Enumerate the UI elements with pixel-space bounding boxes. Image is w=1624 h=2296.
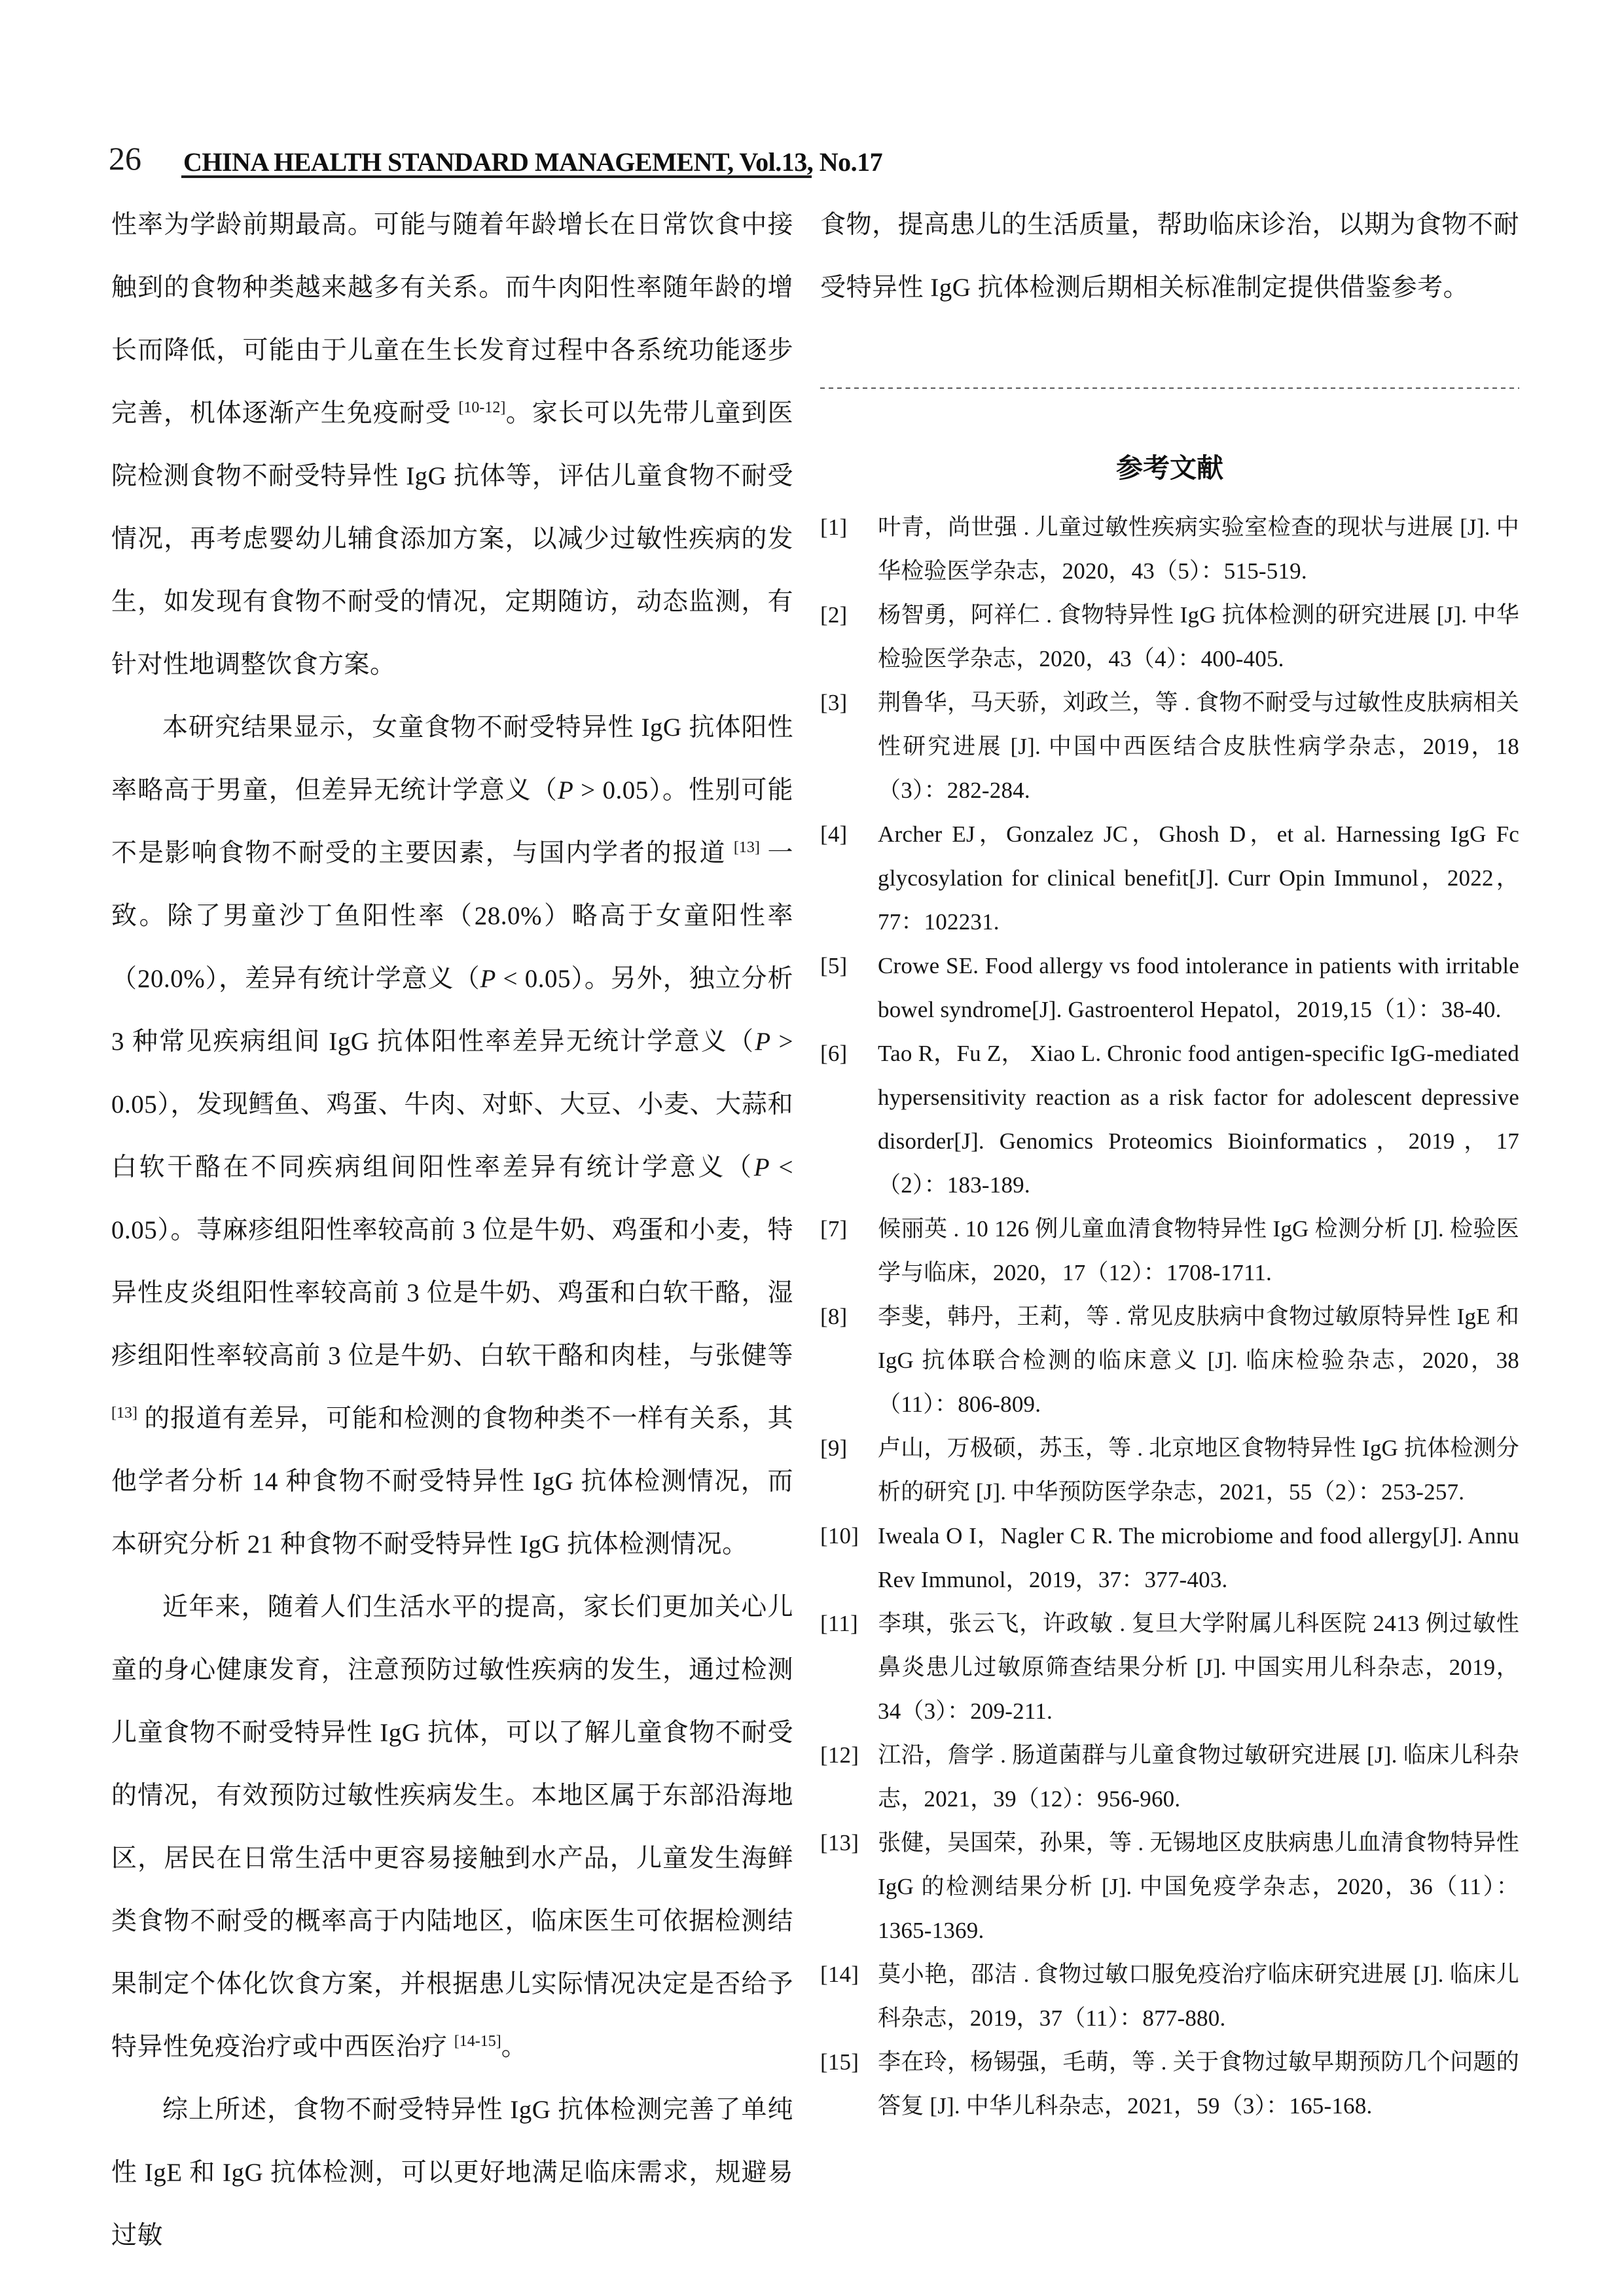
reference-text: Iweala O I，Nagler C R. The microbiome an… <box>878 1523 1519 1592</box>
body-paragraph: 食物，提高患儿的生活质量，帮助临床诊治，以期为食物不耐受特异性 IgG 抗体检测… <box>820 194 1519 319</box>
reference-number: [11] <box>820 1602 878 1645</box>
reference-text: 李在玲，杨锡强，毛萌，等 . 关于食物过敏早期预防几个问题的答复 [J]. 中华… <box>878 2049 1519 2119</box>
reference-item: [13]张健，吴国荣，孙果，等 . 无锡地区皮肤病患儿血清食物特异性 IgG 的… <box>820 1821 1519 1952</box>
reference-number: [15] <box>820 2040 878 2084</box>
reference-number: [13] <box>820 1821 878 1865</box>
text-run: 近年来，随着人们生活水平的提高，家长们更加关心儿童的身心健康发育，注意预防过敏性… <box>111 1593 793 2061</box>
reference-number: [4] <box>820 812 878 856</box>
reference-text: 江沿，詹学 . 肠道菌群与儿童食物过敏研究进展 [J]. 临床儿科杂志，2021… <box>878 1742 1519 1812</box>
reference-item: [8]李斐，韩丹，王莉，等 . 常见皮肤病中食物过敏原特异性 IgE 和 IgG… <box>820 1295 1519 1426</box>
reference-number: [10] <box>820 1514 878 1558</box>
reference-number: [3] <box>820 681 878 725</box>
body-paragraph: 综上所述，食物不耐受特异性 IgG 抗体检测完善了单纯性 IgE 和 IgG 抗… <box>111 2079 793 2267</box>
reference-text: 叶青，尚世强 . 儿童过敏性疾病实验室检查的现状与进展 [J]. 中华检验医学杂… <box>878 514 1519 584</box>
reference-item: [3]荆鲁华，马天骄，刘政兰，等 . 食物不耐受与过敏性皮肤病相关性研究进展 [… <box>820 681 1519 812</box>
text-run: < 0.05）。荨麻疹组阳性率较高前 3 位是牛奶、鸡蛋和小麦，特异性皮炎组阳性… <box>111 1153 793 1370</box>
citation-superscript: [13] <box>734 839 760 856</box>
right-column-paragraphs: 食物，提高患儿的生活质量，帮助临床诊治，以期为食物不耐受特异性 IgG 抗体检测… <box>820 194 1519 319</box>
reference-text: Archer EJ，Gonzalez JC，Ghosh D，et al. Har… <box>878 821 1519 935</box>
reference-number: [2] <box>820 593 878 637</box>
header-rule <box>181 175 812 178</box>
statistic-variable: P <box>755 1028 770 1056</box>
reference-number: [6] <box>820 1031 878 1075</box>
reference-item: [1]叶青，尚世强 . 儿童过敏性疾病实验室检查的现状与进展 [J]. 中华检验… <box>820 505 1519 593</box>
text-run: 性率为学龄前期最高。可能与随着年龄增长在日常饮食中接触到的食物种类越来越多有关系… <box>111 211 793 427</box>
reference-text: 李琪，张云飞，许政敏 . 复旦大学附属儿科医院 2413 例过敏性鼻炎患儿过敏原… <box>878 1611 1519 1724</box>
reference-item: [5]Crowe SE. Food allergy vs food intole… <box>820 944 1519 1031</box>
reference-number: [9] <box>820 1426 878 1470</box>
reference-text: 荆鲁华，马天骄，刘政兰，等 . 食物不耐受与过敏性皮肤病相关性研究进展 [J].… <box>878 690 1519 803</box>
text-run: 综上所述，食物不耐受特异性 IgG 抗体检测完善了单纯性 IgE 和 IgG 抗… <box>111 2096 793 2250</box>
reference-item: [10]Iweala O I，Nagler C R. The microbiom… <box>820 1514 1519 1602</box>
statistic-variable: P <box>558 776 573 804</box>
citation-superscript: [10-12] <box>458 399 505 416</box>
reference-item: [4]Archer EJ，Gonzalez JC，Ghosh D，et al. … <box>820 812 1519 944</box>
text-run: 食物，提高患儿的生活质量，帮助临床诊治，以期为食物不耐受特异性 IgG 抗体检测… <box>820 211 1519 302</box>
references-list: [1]叶青，尚世强 . 儿童过敏性疾病实验室检查的现状与进展 [J]. 中华检验… <box>820 505 1519 2128</box>
statistic-variable: P <box>480 965 496 993</box>
reference-text: 杨智勇，阿祥仁 . 食物特异性 IgG 抗体检测的研究进展 [J]. 中华检验医… <box>878 602 1519 672</box>
body-paragraph: 本研究结果显示，女童食物不耐受特异性 IgG 抗体阳性率略高于男童，但差异无统计… <box>111 696 793 1576</box>
reference-item: [2]杨智勇，阿祥仁 . 食物特异性 IgG 抗体检测的研究进展 [J]. 中华… <box>820 593 1519 681</box>
reference-number: [7] <box>820 1207 878 1251</box>
reference-item: [6]Tao R，Fu Z， Xiao L. Chronic food anti… <box>820 1031 1519 1207</box>
reference-number: [12] <box>820 1733 878 1777</box>
reference-number: [1] <box>820 505 878 549</box>
reference-item: [9]卢山，万极硕，苏玉，等 . 北京地区食物特异性 IgG 抗体检测分析的研究… <box>820 1426 1519 1514</box>
page-number: 26 <box>109 140 141 177</box>
reference-text: 张健，吴国荣，孙果，等 . 无锡地区皮肤病患儿血清食物特异性 IgG 的检测结果… <box>878 1830 1519 1943</box>
left-column: 性率为学龄前期最高。可能与随着年龄增长在日常饮食中接触到的食物种类越来越多有关系… <box>111 194 793 2267</box>
reference-number: [5] <box>820 944 878 988</box>
reference-item: [15]李在玲，杨锡强，毛萌，等 . 关于食物过敏早期预防几个问题的答复 [J]… <box>820 2040 1519 2128</box>
reference-text: Crowe SE. Food allergy vs food intoleran… <box>878 953 1519 1022</box>
dotted-divider <box>820 387 1519 389</box>
reference-number: [14] <box>820 1952 878 1996</box>
reference-text: Tao R，Fu Z， Xiao L. Chronic food antigen… <box>878 1041 1519 1198</box>
reference-text: 候丽英 . 10 126 例儿童血清食物特异性 IgG 检测分析 [J]. 检验… <box>878 1216 1519 1285</box>
journal-page: 26 CHINA HEALTH STANDARD MANAGEMENT, Vol… <box>0 0 1624 2296</box>
reference-item: [12]江沿，詹学 . 肠道菌群与儿童食物过敏研究进展 [J]. 临床儿科杂志，… <box>820 1733 1519 1821</box>
body-paragraph: 近年来，随着人们生活水平的提高，家长们更加关心儿童的身心健康发育，注意预防过敏性… <box>111 1576 793 2079</box>
reference-item: [7]候丽英 . 10 126 例儿童血清食物特异性 IgG 检测分析 [J].… <box>820 1207 1519 1295</box>
text-run: 的报道有差异，可能和检测的食物种类不一样有关系，其他学者分析 14 种食物不耐受… <box>111 1405 793 1558</box>
references-heading: 参考文献 <box>820 452 1519 484</box>
citation-superscript: [14-15] <box>454 2033 501 2050</box>
reference-item: [11]李琪，张云飞，许政敏 . 复旦大学附属儿科医院 2413 例过敏性鼻炎患… <box>820 1602 1519 1733</box>
reference-number: [8] <box>820 1295 878 1338</box>
journal-title: CHINA HEALTH STANDARD MANAGEMENT, Vol.13… <box>183 147 882 177</box>
reference-text: 李斐，韩丹，王莉，等 . 常见皮肤病中食物过敏原特异性 IgE 和 IgG 抗体… <box>878 1304 1519 1417</box>
statistic-variable: P <box>754 1153 770 1181</box>
reference-item: [14]莫小艳，邵洁 . 食物过敏口服免疫治疗临床研究进展 [J]. 临床儿科杂… <box>820 1952 1519 2040</box>
text-run: 。 <box>501 2033 528 2061</box>
citation-superscript: [13] <box>111 1405 137 1422</box>
text-run: 。家长可以先带儿童到医院检测食物不耐受特异性 IgG 抗体等，评估儿童食物不耐受… <box>111 399 793 679</box>
right-column: 食物，提高患儿的生活质量，帮助临床诊治，以期为食物不耐受特异性 IgG 抗体检测… <box>820 194 1519 2128</box>
body-paragraph: 性率为学龄前期最高。可能与随着年龄增长在日常饮食中接触到的食物种类越来越多有关系… <box>111 194 793 696</box>
reference-text: 莫小艳，邵洁 . 食物过敏口服免疫治疗临床研究进展 [J]. 临床儿科杂志，20… <box>878 1962 1519 2031</box>
reference-text: 卢山，万极硕，苏玉，等 . 北京地区食物特异性 IgG 抗体检测分析的研究 [J… <box>878 1435 1519 1505</box>
